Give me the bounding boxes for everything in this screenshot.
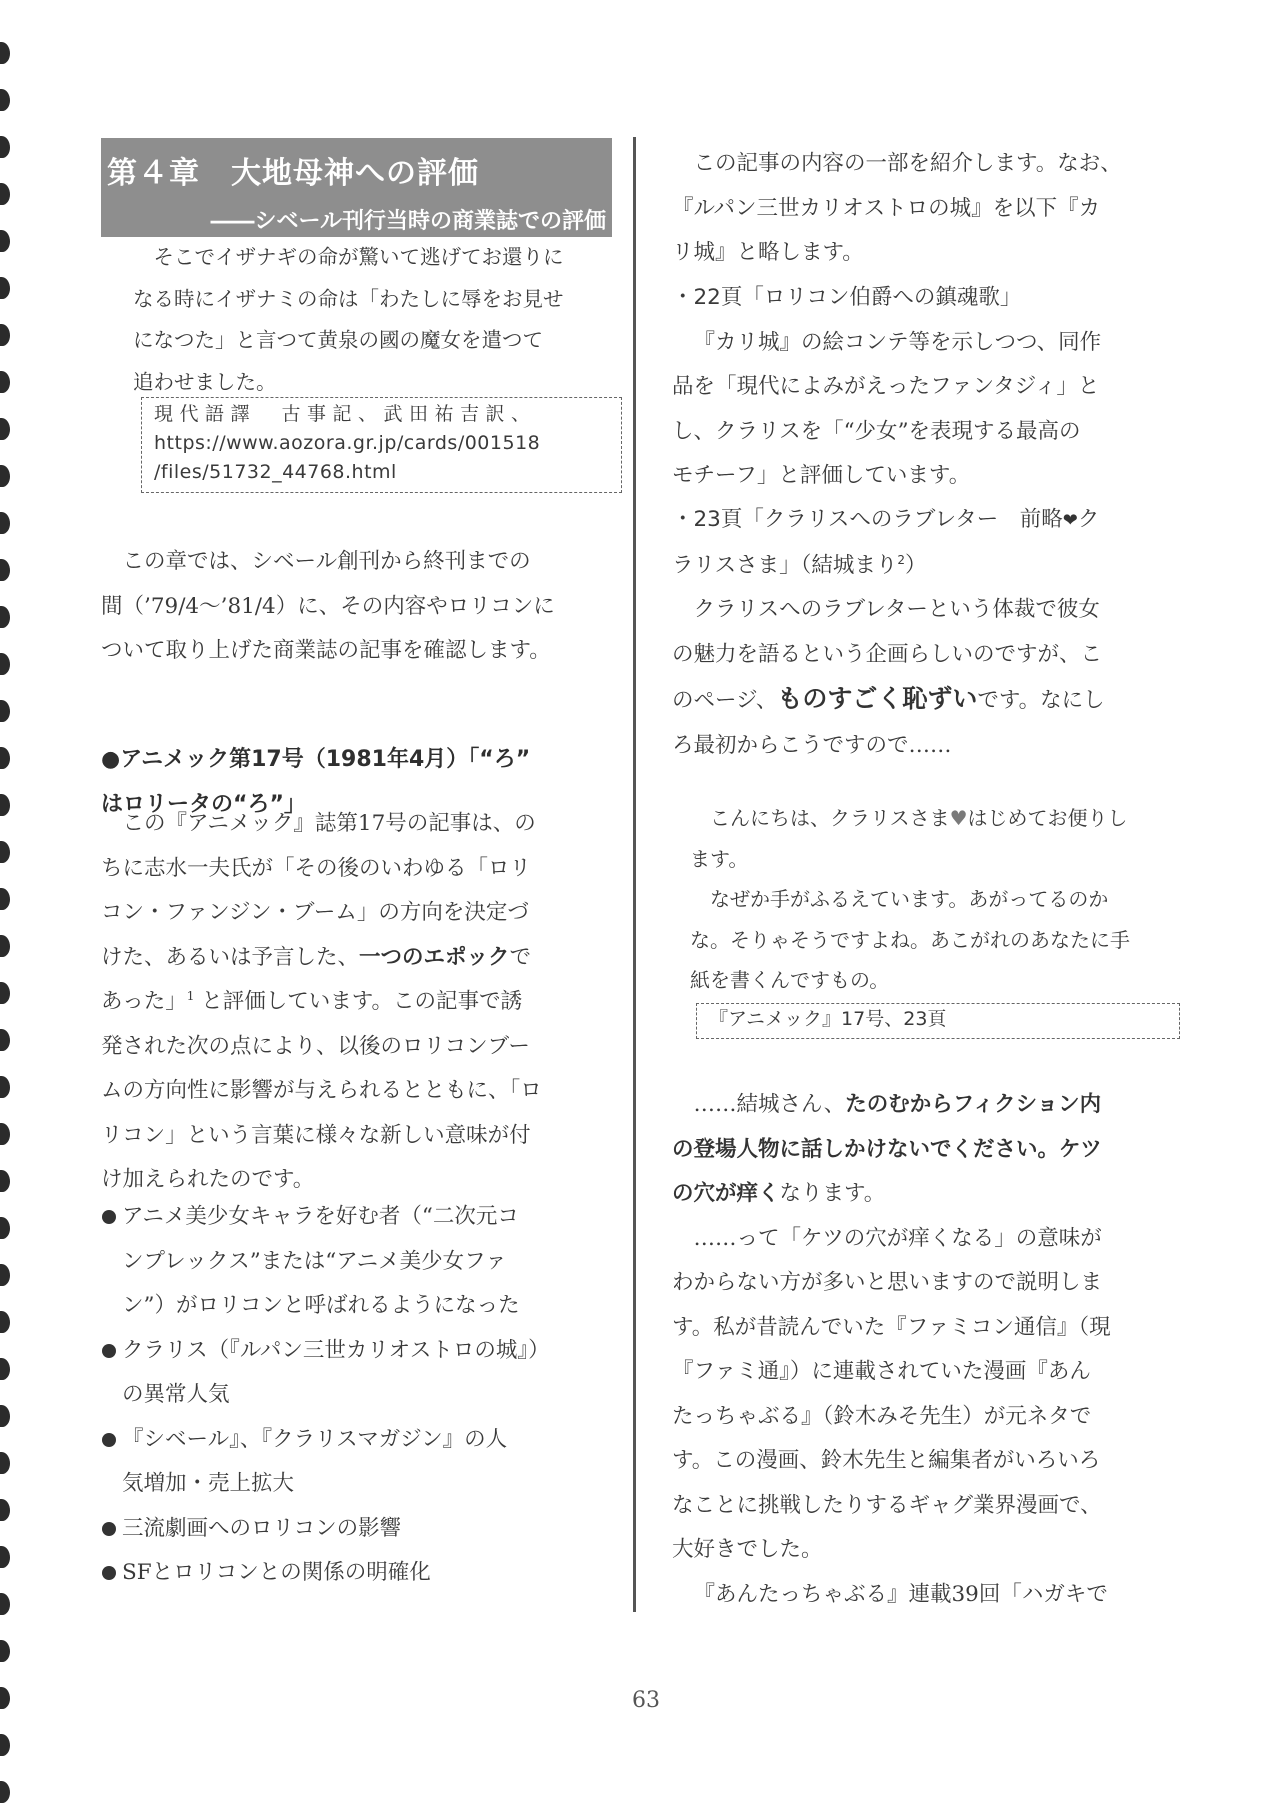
- emphasis: の登場人物に話しかけないでください。ケツ: [672, 1137, 1102, 1162]
- text-line: この『アニメック』誌第17号の記事は、の: [101, 802, 623, 847]
- citation-label: 現代語譯 古事記、武田祐吉訳、: [154, 400, 613, 429]
- text-line: し、クラリスを「“少女”を表現する最高の: [672, 410, 1184, 455]
- text-span: けた、あるいは予言した、: [101, 945, 359, 970]
- item-heading: ・23頁「クラリスへのラブレター 前略❤ク: [672, 498, 1184, 544]
- text-line: 三流劇画へのロリコンの影響: [122, 1507, 623, 1552]
- list-item: 『シベール』、『クラリスマガジン』の人 気増加・売上拡大: [101, 1418, 623, 1507]
- emphasis: の穴が痒く: [672, 1181, 780, 1206]
- commentary-paragraph: ……結城さん、たのむからフィクション内 の登場人物に話しかけないでください。ケツ…: [672, 1083, 1184, 1617]
- footnote-ref[interactable]: 2: [897, 552, 905, 566]
- text-line: の穴が痒くなります。: [672, 1172, 1184, 1217]
- text-line: 紙を書くんですもの。: [690, 960, 1180, 1001]
- epigraph-line: なる時にイザナミの命は「わたしに辱をお見せ: [133, 279, 622, 321]
- article-item-23: ・23頁「クラリスへのラブレター 前略❤ク ラリスさま」（結城まり2） クラリス…: [672, 498, 1184, 768]
- text-line: ついて取り上げた商業誌の記事を確認します。: [101, 629, 623, 674]
- text-line: この章では、シベール創刊から終刊までの: [101, 540, 623, 585]
- text-line: 『あんたっちゃぶる』連載39回「ハガキで: [672, 1573, 1184, 1618]
- text-line: 気増加・売上拡大: [122, 1462, 623, 1507]
- text-line: ン”）がロリコンと呼ばれるようになった: [122, 1284, 623, 1329]
- text-line: こんにちは、クラリスさま♥はじめてお便りし: [690, 798, 1180, 839]
- epigraph-line: になつた」と言つて黄泉の國の魔女を遣つて: [133, 320, 622, 362]
- list-item: SFとロリコンとの関係の明確化: [101, 1551, 623, 1596]
- text-line: ます。: [690, 839, 1180, 880]
- text-line: なぜか手がふるえています。あがってるのか: [690, 879, 1180, 920]
- text-span: ・23頁「クラリスへのラブレター 前略: [672, 507, 1063, 532]
- emphasis: 一つのエポック: [359, 945, 510, 970]
- bullet-list: アニメ美少女キャラを好む者（“二次元コ ンプレックス”または“アニメ美少女ファ …: [101, 1195, 623, 1596]
- text-line: コン・ファンジン・ブーム」の方向を決定づ: [101, 891, 623, 936]
- text-line: の登場人物に話しかけないでください。ケツ: [672, 1128, 1184, 1173]
- text-line: なことに挑戦したりするギャグ業界漫画で、: [672, 1484, 1184, 1529]
- text-line: 『カリ城』の絵コンテ等を示しつつ、同作: [672, 321, 1184, 366]
- text-span: こんにちは、クラリスさま: [710, 806, 950, 830]
- text-line: この記事の内容の一部を紹介します。なお、: [672, 142, 1184, 187]
- text-span: のページ、: [672, 688, 777, 713]
- text-line: ……って「ケツの穴が痒くなる」の意味が: [672, 1217, 1184, 1262]
- epigraph-citation: 現代語譯 古事記、武田祐吉訳、 https://www.aozora.gr.jp…: [141, 397, 622, 493]
- text-line: の魅力を語るという企画らしいのですが、こ: [672, 633, 1184, 678]
- page-number: 63: [626, 1688, 666, 1713]
- text-span: なります。: [780, 1181, 886, 1206]
- text-line: わからない方が多いと思いますので説明しま: [672, 1261, 1184, 1306]
- list-item: クラリス（『ルパン三世カリオストロの城』） の異常人気: [101, 1329, 623, 1418]
- footnote-ref[interactable]: 1: [187, 989, 195, 1003]
- bullet-icon: [102, 1210, 116, 1224]
- text-line: あった」1 と評価しています。この記事で誘: [101, 980, 623, 1025]
- text-line: 間（’79/4～’81/4）に、その内容やロリコンに: [101, 585, 623, 630]
- text-line: 大好きでした。: [672, 1528, 1184, 1573]
- citation-url: https://www.aozora.gr.jp/cards/001518: [154, 429, 613, 458]
- emphasis: ものすごく恥ずい: [777, 684, 977, 713]
- article-item-22: ・22頁「ロリコン伯爵への鎮魂歌」 『カリ城』の絵コンテ等を示しつつ、同作 品を…: [672, 276, 1184, 499]
- bullet-icon: [102, 1344, 116, 1358]
- text-span: ）: [905, 553, 927, 578]
- text-line: けた、あるいは予言した、一つのエポックで: [101, 936, 623, 981]
- document-page: 第４章 大地母神への評価 ――シベール刊行当時の商業誌での評価 そこでイザナギの…: [0, 0, 1280, 1817]
- text-span: で: [510, 945, 532, 970]
- text-line: 発された次の点により、以後のロリコンブー: [101, 1025, 623, 1070]
- text-line: の異常人気: [122, 1373, 623, 1418]
- emphasis: たのむからフィクション内: [845, 1092, 1101, 1117]
- text-line: クラリスへのラブレターという体裁で彼女: [672, 588, 1184, 633]
- text-span: と評価しています。この記事で誘: [201, 989, 522, 1014]
- text-line: のページ、ものすごく恥ずいです。なにし: [672, 677, 1184, 724]
- left-column: 第４章 大地母神への評価 ――シベール刊行当時の商業誌での評価 そこでイザナギの…: [101, 138, 622, 403]
- text-line: たっちゃぶる』（鈴木みそ先生）が元ネタで: [672, 1395, 1184, 1440]
- text-span: ク: [1078, 507, 1100, 532]
- right-intro-paragraph: この記事の内容の一部を紹介します。なお、 『ルパン三世カリオストロの城』を以下『…: [672, 142, 1184, 276]
- bullet-icon: [102, 1522, 116, 1536]
- text-span: はじめてお便りし: [968, 806, 1128, 830]
- text-span: ……結城さん、: [694, 1092, 846, 1117]
- intro-paragraph: この章では、シベール創刊から終刊までの 間（’79/4～’81/4）に、その内容…: [101, 540, 623, 674]
- text-line: ムの方向性に影響が与えられるとともに、「ロ: [101, 1069, 623, 1114]
- chapter-title: 第４章 大地母神への評価: [107, 148, 479, 192]
- text-line: 『ファミ通』）に連載されていた漫画『あん: [672, 1350, 1184, 1395]
- text-line: クラリス（『ルパン三世カリオストロの城』）: [122, 1329, 623, 1374]
- text-line: リコン」という言葉に様々な新しい意味が付: [101, 1114, 623, 1159]
- bullet-icon: [102, 1433, 116, 1447]
- text-line: な。そりゃそうですよね。あこがれのあなたに手: [690, 920, 1180, 961]
- text-span: ラリスさま」（結城まり: [672, 553, 897, 578]
- text-line: ろ最初からこうですので……: [672, 724, 1184, 769]
- text-line: アニメ美少女キャラを好む者（“二次元コ: [122, 1195, 623, 1240]
- chapter-subtitle: ――シベール刊行当時の商業誌での評価: [210, 204, 606, 235]
- bullet-icon: [102, 1566, 116, 1580]
- item-heading: ラリスさま」（結城まり2）: [672, 544, 1184, 589]
- citation-url: /files/51732_44768.html: [154, 458, 613, 487]
- text-line: ンプレックス”または“アニメ美少女ファ: [122, 1240, 623, 1285]
- section-heading-line: ●アニメック第17号（1981年4月）「“ろ”: [101, 737, 631, 782]
- text-line: SFとロリコンとの関係の明確化: [122, 1551, 623, 1596]
- text-line: ……結城さん、たのむからフィクション内: [672, 1083, 1184, 1128]
- text-line: 品を「現代によみがえったファンタジィ」と: [672, 365, 1184, 410]
- epigraph-line: そこでイザナギの命が驚いて逃げてお還りに: [133, 237, 622, 279]
- text-line: リ城』と略します。: [672, 231, 1184, 276]
- quoted-letter: こんにちは、クラリスさま♥はじめてお便りし ます。 なぜか手がふるえています。あ…: [690, 798, 1180, 1001]
- heart-icon: ♥: [950, 806, 968, 830]
- epigraph: そこでイザナギの命が驚いて逃げてお還りに なる時にイザナミの命は「わたしに辱をお…: [133, 237, 622, 403]
- heart-icon: ❤: [1063, 510, 1078, 531]
- text-line: す。この漫画、鈴木先生と編集者がいろいろ: [672, 1439, 1184, 1484]
- text-line: 『シベール』、『クラリスマガジン』の人: [122, 1418, 623, 1463]
- text-line: 『ルパン三世カリオストロの城』を以下『カ: [672, 187, 1184, 232]
- letter-citation: 『アニメック』17号、23頁: [696, 1003, 1180, 1039]
- chapter-header: 第４章 大地母神への評価 ――シベール刊行当時の商業誌での評価: [101, 138, 612, 237]
- item-heading: ・22頁「ロリコン伯爵への鎮魂歌」: [672, 276, 1184, 321]
- text-line: す。私が昔読んでいた『ファミコン通信』（現: [672, 1306, 1184, 1351]
- text-line: モチーフ」と評価しています。: [672, 454, 1184, 499]
- column-divider: [633, 137, 636, 1612]
- text-span: です。なにし: [977, 688, 1104, 713]
- text-span: あった」: [101, 989, 187, 1014]
- section-paragraph: この『アニメック』誌第17号の記事は、の ちに志水一夫氏が「その後のいわゆる「ロ…: [101, 802, 623, 1203]
- list-item: アニメ美少女キャラを好む者（“二次元コ ンプレックス”または“アニメ美少女ファ …: [101, 1195, 623, 1329]
- list-item: 三流劇画へのロリコンの影響: [101, 1507, 623, 1552]
- text-line: ちに志水一夫氏が「その後のいわゆる「ロリ: [101, 847, 623, 892]
